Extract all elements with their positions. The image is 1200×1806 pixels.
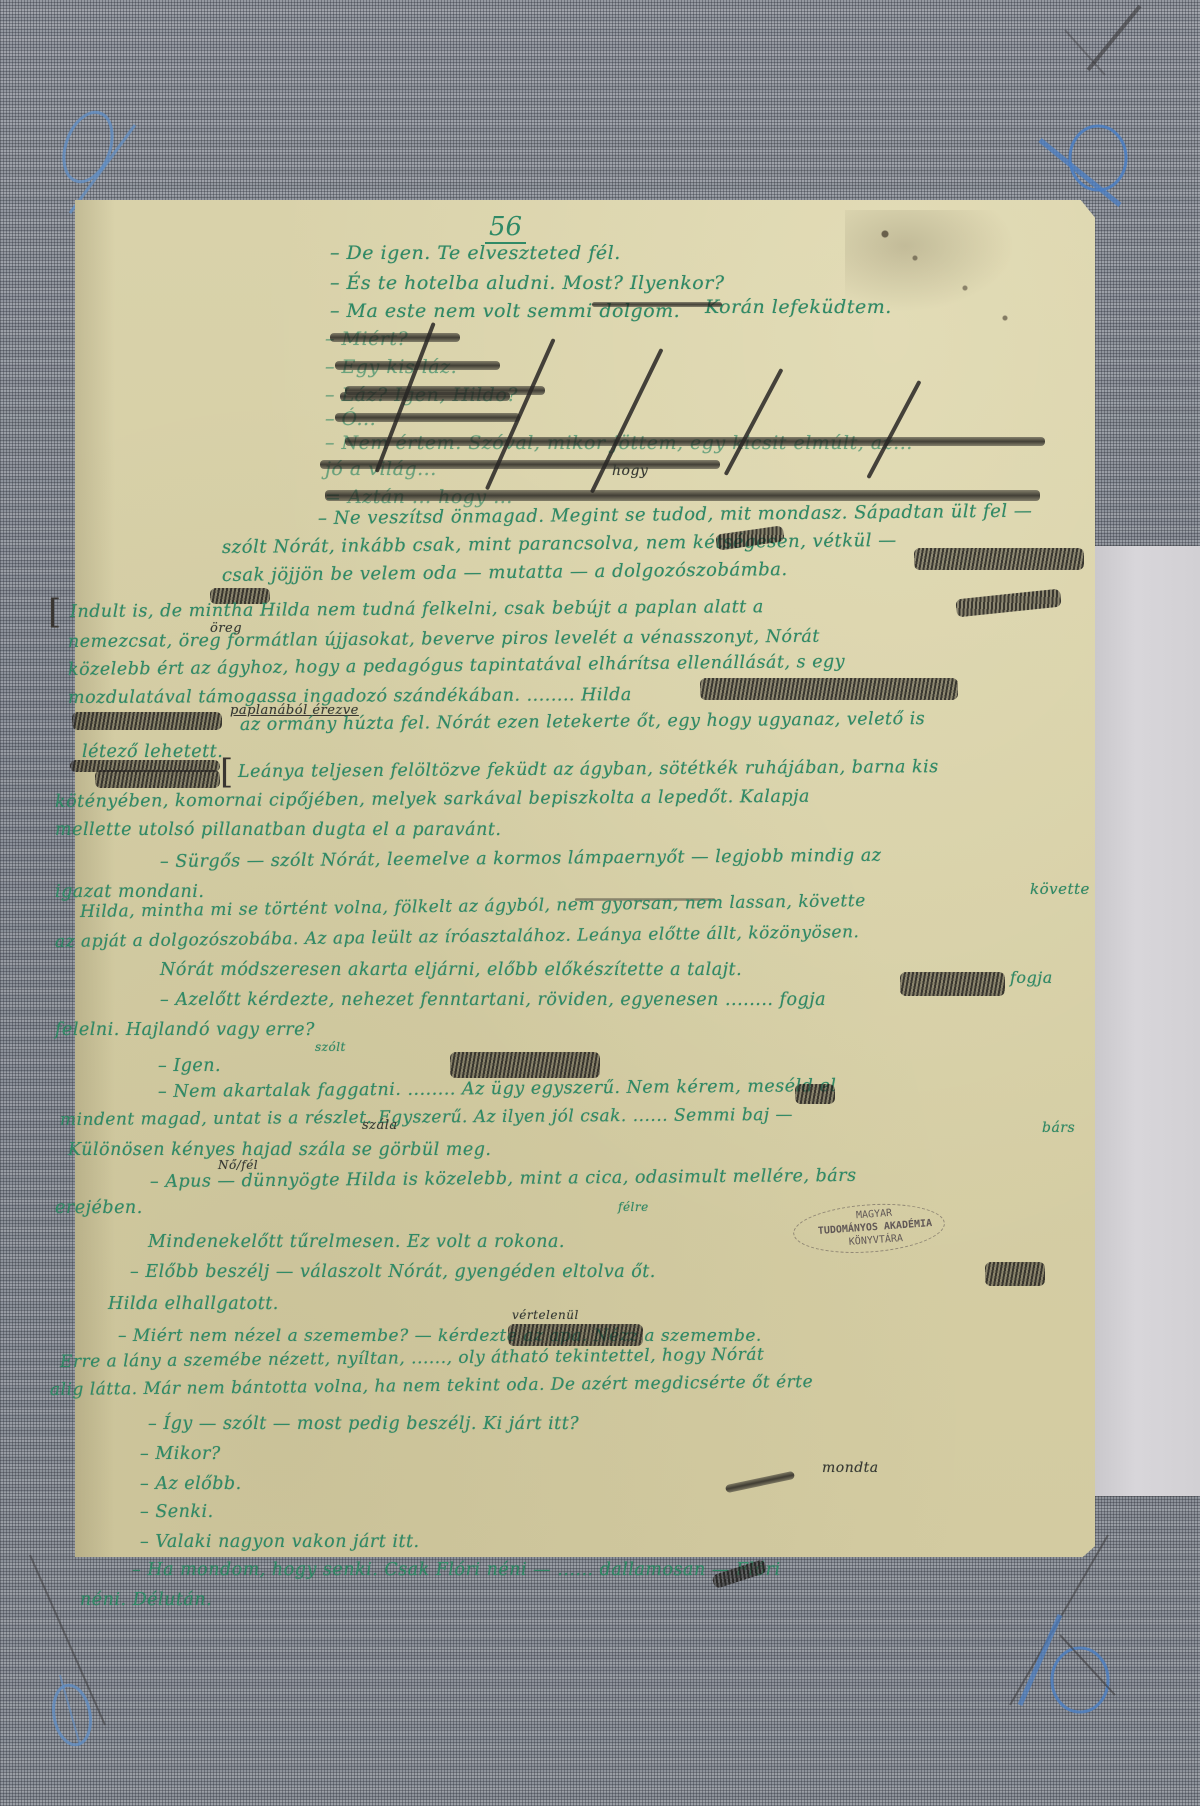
strike-bar-4 — [335, 413, 520, 422]
strike-line-3b — [592, 302, 722, 307]
line-46: – Valaki nagyon vakon járt itt. — [140, 1532, 420, 1552]
annotation-mondta: mondta — [822, 1460, 879, 1476]
line-27: Nórát módszeresen akarta eljárni, előbb … — [160, 960, 742, 980]
scribble-2 — [914, 548, 1084, 570]
scribble-7 — [95, 770, 220, 788]
line-38: Hilda elhallgatott. — [108, 1294, 279, 1314]
corner-mark-top-right-icon — [1010, 0, 1150, 210]
strike-bar-3b — [340, 392, 510, 401]
corner-mark-top-left-icon — [40, 95, 150, 215]
line-19: létező lehetett. — [82, 742, 223, 762]
strike-bar-7 — [325, 490, 1040, 501]
line-22: mellette utolsó pillanatban dugta el a p… — [55, 820, 501, 840]
annotation-bars: bárs — [1042, 1120, 1075, 1136]
strike-bar-1 — [330, 333, 460, 342]
scribble-9 — [450, 1052, 600, 1078]
page-number: 56 — [485, 212, 526, 244]
insertion-bracket-1: [ — [48, 592, 61, 632]
annotation-szolt: szólt — [315, 1040, 346, 1054]
insertion-bracket-2: [ — [220, 752, 233, 792]
corner-mark-bottom-right-icon — [1000, 1535, 1150, 1735]
annotation-fogja: fogja — [1010, 968, 1053, 987]
strike-bar-5 — [345, 437, 1045, 446]
scribble-8 — [900, 972, 1005, 996]
scribble-4 — [700, 678, 958, 700]
line-43: – Mikor? — [140, 1444, 221, 1464]
scribble-5 — [72, 712, 222, 730]
corner-mark-bottom-left-icon — [20, 1555, 170, 1755]
scribble-11 — [985, 1262, 1045, 1286]
line-24: igazat mondani. — [55, 882, 204, 902]
line-47: – Ha mondom, hogy senki. Csak Flóri néni… — [132, 1560, 781, 1580]
annotation-nofeli: Nő/fél — [218, 1158, 258, 1172]
annotation-vertelenul: vértelenül — [512, 1308, 579, 1322]
line-36: Mindenekelőtt tűrelmesen. Ez volt a roko… — [148, 1232, 565, 1252]
scribble-12 — [508, 1324, 643, 1346]
line-29: felelni. Hajlandó vagy erre? — [55, 1020, 315, 1040]
line-48: néni. Délután. — [80, 1590, 212, 1610]
line-35: erejében. — [55, 1198, 143, 1218]
line-2: – És te hotelba aludni. Most? Ilyenkor? — [330, 272, 725, 294]
line-42: – Így — szólt — most pedig beszélj. Ki j… — [148, 1414, 579, 1434]
line-28: – Azelőtt kérdezte, nehezet fenntartani,… — [160, 990, 826, 1010]
line-1: – De igen. Te elveszteted fél. — [330, 242, 621, 264]
line-30: – Igen. — [158, 1056, 221, 1076]
annotation-hogy: hogy — [612, 463, 648, 479]
annotation-kovette: követte — [1030, 880, 1090, 898]
line-45: – Senki. — [140, 1502, 214, 1522]
annotation-felre: félre — [618, 1200, 649, 1214]
scribble-10 — [795, 1084, 835, 1104]
line-3b-struck: Korán lefeküdtem. — [705, 296, 892, 318]
line-44: – Az előbb. — [140, 1474, 242, 1494]
line-37: – Előbb beszélj — válaszolt Nórát, gyeng… — [130, 1262, 656, 1282]
backing-card — [1093, 546, 1200, 1496]
line-33: Különösen kényes hajad szála se görbül m… — [68, 1140, 492, 1160]
annotation-szala: szála — [362, 1118, 398, 1133]
line-39: – Miért nem nézel a szemembe? — kérdezte… — [118, 1326, 762, 1346]
